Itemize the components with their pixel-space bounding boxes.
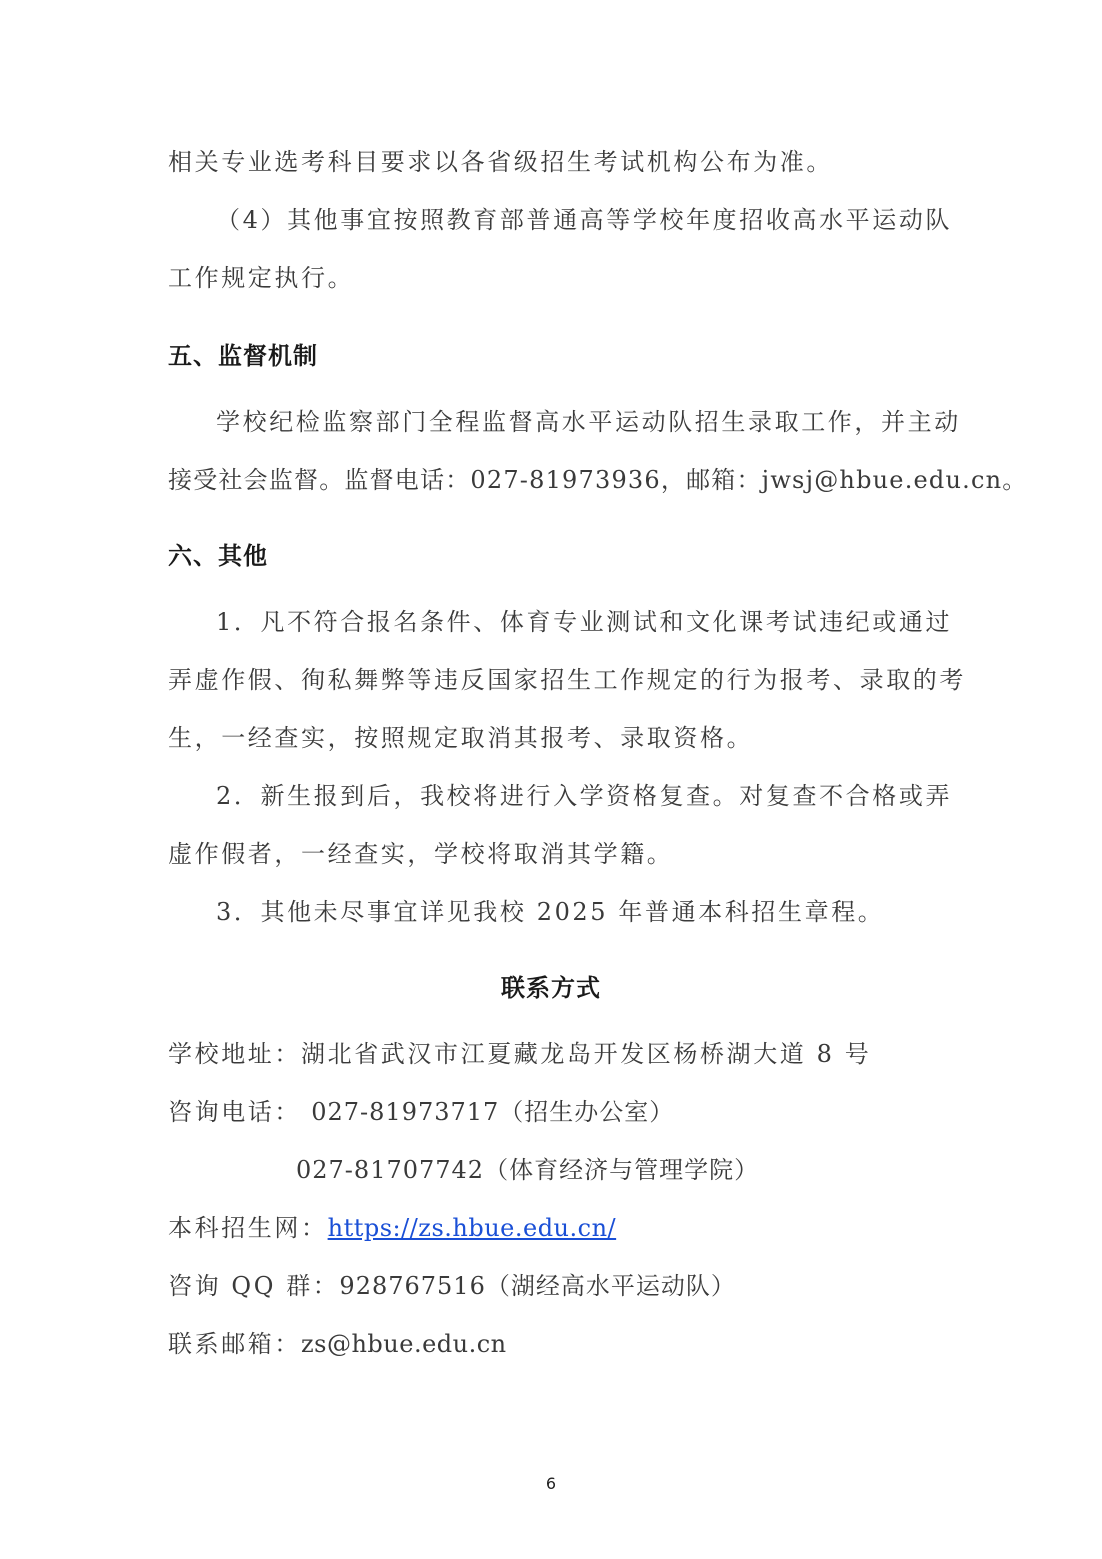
list-item: 2．新生报到后，我校将进行入学资格复查。对复查不合格或弄 <box>216 781 952 811</box>
paragraph-line: 相关专业选考科目要求以各省级招生考试机构公布为准。 <box>168 147 833 177</box>
paragraph-line: 学校纪检监察部门全程监督高水平运动队招生录取工作，并主动 <box>216 407 961 437</box>
paragraph-line: 弄虚作假、徇私舞弊等违反国家招生工作规定的行为报考、录取的考 <box>168 665 966 695</box>
contact-qq: 咨询 QQ 群：928767516（湖经高水平运动队） <box>168 1271 736 1301</box>
contact-heading: 联系方式 <box>0 973 1102 1003</box>
contact-website: 本科招生网：https://zs.hbue.edu.cn/ <box>168 1213 616 1243</box>
page-number: 6 <box>0 1474 1102 1493</box>
paragraph-line: 生，一经查实，按照规定取消其报考、录取资格。 <box>168 723 753 753</box>
address-value: 湖北省武汉市江夏藏龙岛开发区杨桥湖大道 8 号 <box>301 1040 871 1068</box>
email-value: zs@hbue.edu.cn <box>301 1330 507 1358</box>
paragraph-line: 接受社会监督。监督电话：027-81973936，邮箱：jwsj@hbue.ed… <box>168 465 1027 495</box>
address-label: 学校地址： <box>168 1040 301 1068</box>
paragraph-line: 虚作假者，一经查实，学校将取消其学籍。 <box>168 839 673 869</box>
section-heading-supervision: 五、监督机制 <box>168 341 318 371</box>
paragraph-line: （4）其他事宜按照教育部普通高等学校年度招收高水平运动队 <box>216 205 952 235</box>
contact-email: 联系邮箱：zs@hbue.edu.cn <box>168 1329 507 1359</box>
list-item: 1．凡不符合报名条件、体育专业测试和文化课考试违纪或通过 <box>216 607 952 637</box>
contact-address: 学校地址：湖北省武汉市江夏藏龙岛开发区杨桥湖大道 8 号 <box>168 1039 871 1069</box>
phone-value-1: 027-81973717（招生办公室） <box>311 1098 674 1126</box>
email-label: 联系邮箱： <box>168 1330 301 1358</box>
list-item: 3．其他未尽事宜详见我校 2025 年普通本科招生章程。 <box>216 897 884 927</box>
phone-value-2: 027-81707742（体育经济与管理学院） <box>296 1155 759 1185</box>
qq-value: 928767516（湖经高水平运动队） <box>339 1272 735 1300</box>
website-label: 本科招生网： <box>168 1214 328 1242</box>
section-heading-other: 六、其他 <box>168 541 268 571</box>
qq-label: 咨询 QQ 群： <box>168 1272 339 1300</box>
paragraph-line: 工作规定执行。 <box>168 263 354 293</box>
phone-label: 咨询电话： <box>168 1098 301 1126</box>
contact-phone: 咨询电话： 027-81973717（招生办公室） <box>168 1097 674 1127</box>
website-link[interactable]: https://zs.hbue.edu.cn/ <box>328 1214 617 1242</box>
